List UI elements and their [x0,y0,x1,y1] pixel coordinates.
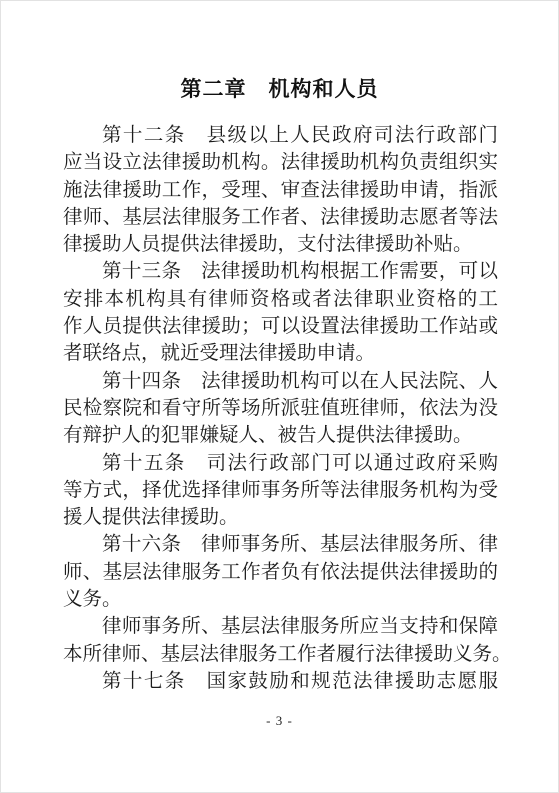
article-paragraph-14: 第十四条 法律援助机构可以在人民法院、人 民检察院和看守所等场所派驻值班律师，依… [63,368,498,450]
paragraph-line: 施法律援助工作，受理、审查法律援助申请，指派 [63,177,498,204]
paragraph-line: 第十七条 国家鼓励和规范法律援助志愿服 [63,668,498,695]
paragraph-line: 作人员提供法律援助；可以设置法律援助工作站或 [63,313,498,340]
article-paragraph-16: 第十六条 律师事务所、基层法律服务所、律 师、基层法律服务工作者负有依法提供法律… [63,531,498,613]
paragraph-line: 第十五条 司法行政部门可以通过政府采购 [63,450,498,477]
paragraph-line: 第十四条 法律援助机构可以在人民法院、人 [63,368,498,395]
paragraph-line: 律援助人员提供法律援助，支付法律援助补贴。 [63,231,498,258]
paragraph-line: 义务。 [63,586,498,613]
page-number: - 3 - [1,713,558,729]
article-paragraph-15: 第十五条 司法行政部门可以通过政府采购 等方式，择优选择律师事务所等法律服务机构… [63,450,498,532]
paragraph-line: 应当设立法律援助机构。法律援助机构负责组织实 [63,149,498,176]
paragraph-line: 者联络点，就近受理法律援助申请。 [63,340,498,367]
paragraph-line: 第十六条 律师事务所、基层法律服务所、律 [63,531,498,558]
paragraph-line: 本所律师、基层法律服务工作者履行法律援助义务。 [63,641,498,668]
article-paragraph-17: 第十七条 国家鼓励和规范法律援助志愿服 [63,668,498,695]
article-paragraph-13: 第十三条 法律援助机构根据工作需要，可以 安排本机构具有律师资格或者法律职业资格… [63,258,498,367]
article-paragraph-16-clause-2: 律师事务所、基层法律服务所应当支持和保障 本所律师、基层法律服务工作者履行法律援… [63,613,498,668]
paragraph-line: 师、基层法律服务工作者负有依法提供法律援助的 [63,559,498,586]
paragraph-line: 等方式，择优选择律师事务所等法律服务机构为受 [63,477,498,504]
paragraph-line: 有辩护人的犯罪嫌疑人、被告人提供法律援助。 [63,422,498,449]
chapter-title: 第二章 机构和人员 [1,1,558,105]
paragraph-line: 第十二条 县级以上人民政府司法行政部门 [63,122,498,149]
paragraph-line: 民检察院和看守所等场所派驻值班律师，依法为没 [63,395,498,422]
paragraph-line: 第十三条 法律援助机构根据工作需要，可以 [63,258,498,285]
paragraph-line: 援人提供法律援助。 [63,504,498,531]
paragraph-line: 安排本机构具有律师资格或者法律职业资格的工 [63,286,498,313]
paragraph-line: 律师、基层法律服务工作者、法律援助志愿者等法 [63,204,498,231]
document-page: 第二章 机构和人员 第十二条 县级以上人民政府司法行政部门 应当设立法律援助机构… [0,0,559,793]
document-body: 第十二条 县级以上人民政府司法行政部门 应当设立法律援助机构。法律援助机构负责组… [63,122,498,695]
article-paragraph-12: 第十二条 县级以上人民政府司法行政部门 应当设立法律援助机构。法律援助机构负责组… [63,122,498,258]
paragraph-line: 律师事务所、基层法律服务所应当支持和保障 [63,613,498,640]
